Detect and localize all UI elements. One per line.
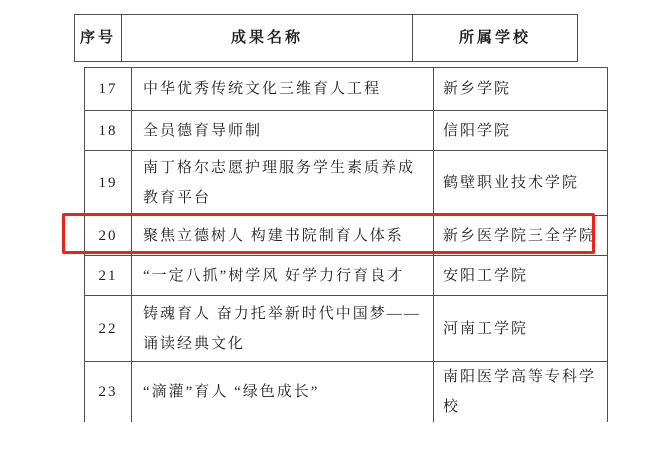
header-cell-achievement-name: 成果名称 <box>122 15 413 62</box>
table-row: 19 南丁格尔志愿护理服务学生素质养成 教育平台 鹤壁职业技术学院 <box>85 151 608 216</box>
achievement-name-cell: 铸魂育人 奋力托举新时代中国梦—— 诵读经典文化 <box>132 296 434 362</box>
achievement-name-cell: 南丁格尔志愿护理服务学生素质养成 教育平台 <box>132 151 434 216</box>
achievement-name-cell: 全员德育导师制 <box>132 111 434 151</box>
header-cell-number: 序号 <box>75 15 122 62</box>
school-cell: 河南工学院 <box>434 296 608 362</box>
row-number-cell: 17 <box>85 68 132 111</box>
table-row: 17 中华优秀传统文化三维育人工程 新乡学院 <box>85 68 608 111</box>
row-number-cell: 22 <box>85 296 132 362</box>
school-cell: 南阳医学高等专科学 校 <box>434 362 608 423</box>
school-cell: 安阳工学院 <box>434 256 608 296</box>
table-row-highlighted: 20 聚焦立德树人 构建书院制育人体系 新乡医学院三全学院 <box>85 216 608 256</box>
achievement-name-cell: 中华优秀传统文化三维育人工程 <box>132 68 434 111</box>
school-cell: 鹤壁职业技术学院 <box>434 151 608 216</box>
achievement-name-cell: “滴灌”育人 “绿色成长” <box>132 362 434 423</box>
school-cell: 信阳学院 <box>434 111 608 151</box>
achievement-name-cell: “一定八抓”树学风 好学力行育良才 <box>132 256 434 296</box>
school-cell: 新乡医学院三全学院 <box>434 216 608 256</box>
table-row: 22 铸魂育人 奋力托举新时代中国梦—— 诵读经典文化 河南工学院 <box>85 296 608 362</box>
results-table-header: 序号 成果名称 所属学校 <box>74 14 578 62</box>
document-page: 序号 成果名称 所属学校 17 中华优秀传统文化三维育人工程 新乡学院 18 全… <box>0 0 661 455</box>
header-row: 序号 成果名称 所属学校 <box>75 15 578 62</box>
results-table-body: 17 中华优秀传统文化三维育人工程 新乡学院 18 全员德育导师制 信阳学院 1… <box>84 67 608 422</box>
row-number-cell: 23 <box>85 362 132 423</box>
achievement-name-cell: 聚焦立德树人 构建书院制育人体系 <box>132 216 434 256</box>
row-number-cell: 21 <box>85 256 132 296</box>
table-row: 18 全员德育导师制 信阳学院 <box>85 111 608 151</box>
row-number-cell: 20 <box>85 216 132 256</box>
header-cell-school: 所属学校 <box>413 15 578 62</box>
table-row: 21 “一定八抓”树学风 好学力行育良才 安阳工学院 <box>85 256 608 296</box>
table-row: 23 “滴灌”育人 “绿色成长” 南阳医学高等专科学 校 <box>85 362 608 423</box>
row-number-cell: 18 <box>85 111 132 151</box>
school-cell: 新乡学院 <box>434 68 608 111</box>
row-number-cell: 19 <box>85 151 132 216</box>
